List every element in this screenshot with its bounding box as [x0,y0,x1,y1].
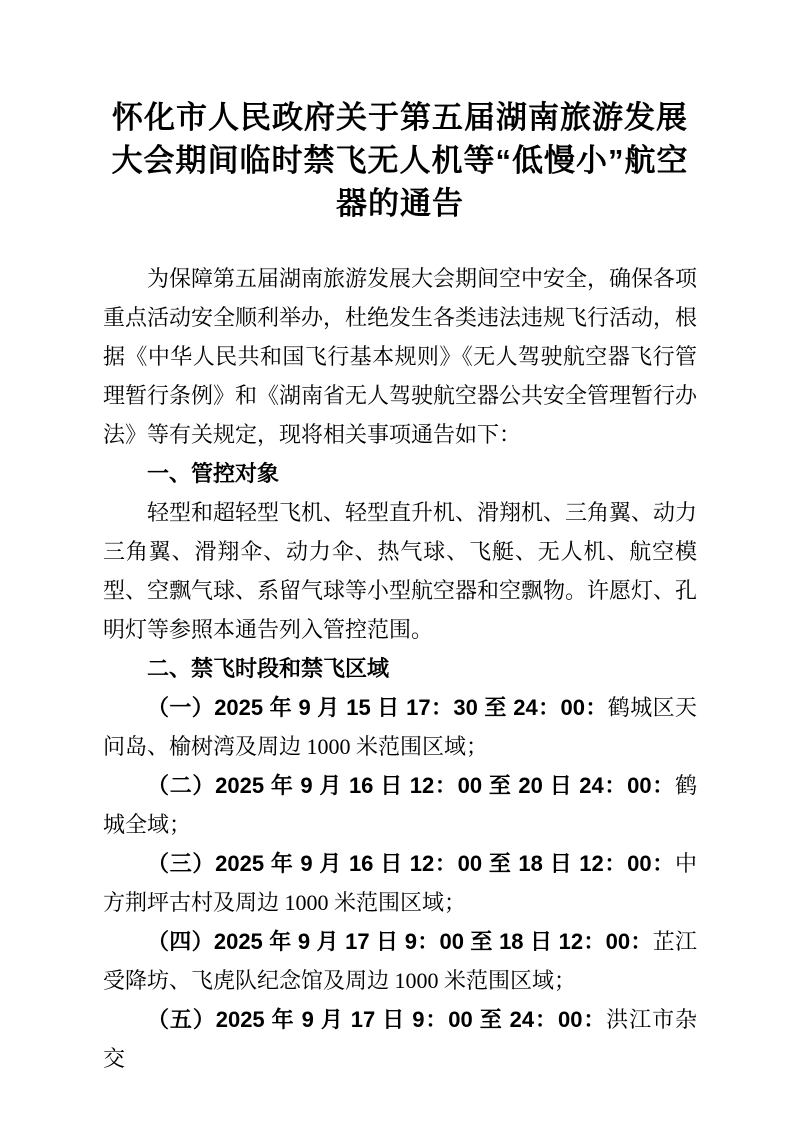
no-fly-item-2: （二）2025 年 9 月 16 日 12：00 至 20 日 24：00：鹤城… [103,766,697,844]
no-fly-item-5: （五）2025 年 9 月 17 日 9：00 至 24：00：洪江市杂交 [103,1000,697,1078]
no-fly-item-1: （一）2025 年 9 月 15 日 17：30 至 24：00：鹤城区天问岛、… [103,688,697,766]
section1-text: 轻型和超轻型飞机、轻型直升机、滑翔机、三角翼、动力三角翼、滑翔伞、动力伞、热气球… [103,493,697,649]
section1-heading: 一、管控对象 [103,454,697,493]
document-title: 怀化市人民政府关于第五届湖南旅游发展 大会期间临时禁飞无人机等“低慢小”航空 器… [103,96,697,225]
no-fly-item-3: （三）2025 年 9 月 16 日 12：00 至 18 日 12：00：中方… [103,844,697,922]
intro-paragraph: 为保障第五届湖南旅游发展大会期间空中安全，确保各项重点活动安全顺利举办，杜绝发生… [103,259,697,454]
no-fly-item-4-period: （四）2025 年 9 月 17 日 9：00 至 18 日 12：00： [147,929,653,954]
no-fly-item-5-period: （五）2025 年 9 月 17 日 9：00 至 24：00： [147,1007,606,1032]
document-page: 怀化市人民政府关于第五届湖南旅游发展 大会期间临时禁飞无人机等“低慢小”航空 器… [0,0,793,1122]
no-fly-item-2-period: （二）2025 年 9 月 16 日 12：00 至 20 日 24：00： [147,773,675,798]
document-title-line-2: 大会期间临时禁飞无人机等“低慢小”航空 [103,139,697,182]
document-title-line-1: 怀化市人民政府关于第五届湖南旅游发展 [103,96,697,139]
no-fly-item-3-period: （三）2025 年 9 月 16 日 12：00 至 18 日 12：00： [147,851,675,876]
document-title-line-3: 器的通告 [103,182,697,225]
no-fly-item-4: （四）2025 年 9 月 17 日 9：00 至 18 日 12：00：芷江受… [103,922,697,1000]
section2-heading: 二、禁飞时段和禁飞区域 [103,649,697,688]
no-fly-item-1-period: （一）2025 年 9 月 15 日 17：30 至 24：00： [147,695,608,720]
